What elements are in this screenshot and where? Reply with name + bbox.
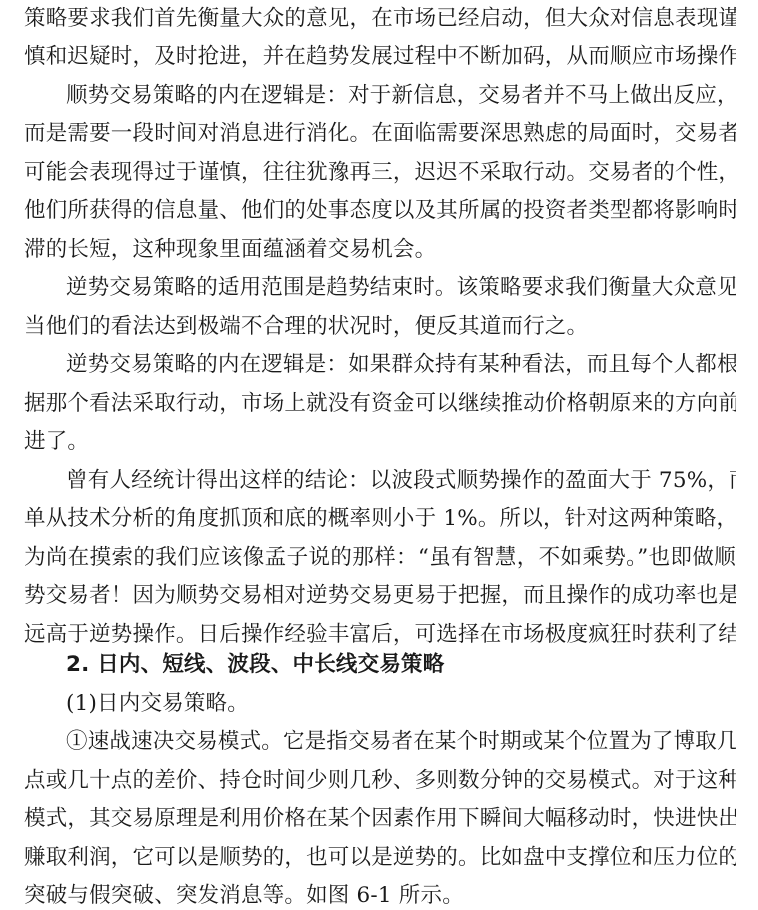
paragraph-start: 逆势交易策略的内在逻辑是：如果群众持有某种看法，而且每个人都根 bbox=[66, 350, 736, 380]
text-line: 据那个看法采取行动，市场上就没有资金可以继续推动价格朝原来的方向前 bbox=[24, 389, 736, 419]
text-line: 点或几十点的差价、持仓时间少则几秒、多则数分钟的交易模式。对于这种 bbox=[24, 766, 736, 796]
section-heading: 2. 日内、短线、波段、中长线交易策略 bbox=[66, 650, 736, 680]
text-line: 模式，其交易原理是利用价格在某个因素作用下瞬间大幅移动时，快进快出 bbox=[24, 804, 736, 834]
paragraph-start: 顺势交易策略的内在逻辑是：对于新信息，交易者并不马上做出反应， bbox=[66, 81, 736, 111]
text-line: 他们所获得的信息量、他们的处事态度以及其所属的投资者类型都将影响时 bbox=[24, 196, 736, 226]
text-line: 为尚在摸索的我们应该像孟子说的那样：“虽有智慧，不如乘势。”也即做顺 bbox=[24, 543, 736, 573]
text-line: 滞的长短，这种现象里面蕴涵着交易机会。 bbox=[24, 235, 736, 265]
text-line: 而是需要一段时间对消息进行消化。在面临需要深思熟虑的局面时，交易者 bbox=[24, 119, 736, 149]
text-line: 策略要求我们首先衡量大众的意见，在市场已经启动，但大众对信息表现谨 bbox=[24, 4, 736, 34]
text-line: 可能会表现得过于谨慎，往往犹豫再三，迟迟不采取行动。交易者的个性， bbox=[24, 158, 736, 188]
paragraph-start: 逆势交易策略的适用范围是趋势结束时。该策略要求我们衡量大众意见， bbox=[66, 273, 736, 303]
text-line: 单从技术分析的角度抓顶和底的概率则小于 1%。所以，针对这两种策略，作 bbox=[24, 504, 736, 534]
paragraph-start: ①速战速决交易模式。它是指交易者在某个时期或某个位置为了博取几 bbox=[66, 727, 736, 757]
book-page: 策略要求我们首先衡量大众的意见，在市场已经启动，但大众对信息表现谨 慎和迟疑时，… bbox=[0, 0, 758, 910]
text-line: 赚取利润，它可以是顺势的，也可以是逆势的。比如盘中支撑位和压力位的 bbox=[24, 843, 736, 873]
subsection-heading: (1)日内交易策略。 bbox=[66, 689, 736, 719]
text-line: 突破与假突破、突发消息等。如图 6-1 所示。 bbox=[24, 881, 736, 910]
text-line: 远高于逆势操作。日后操作经验丰富后，可选择在市场极度疯狂时获利了结。 bbox=[24, 620, 736, 650]
text-line: 势交易者！因为顺势交易相对逆势交易更易于把握，而且操作的成功率也是 bbox=[24, 581, 736, 611]
text-line: 慎和迟疑时，及时抢进，并在趋势发展过程中不断加码，从而顺应市场操作。 bbox=[24, 42, 736, 72]
text-line: 当他们的看法达到极端不合理的状况时，便反其道而行之。 bbox=[24, 312, 736, 342]
paragraph-start: 曾有人经统计得出这样的结论：以波段式顺势操作的盈面大于 75%，而 bbox=[66, 466, 736, 496]
text-line: 进了。 bbox=[24, 427, 736, 457]
